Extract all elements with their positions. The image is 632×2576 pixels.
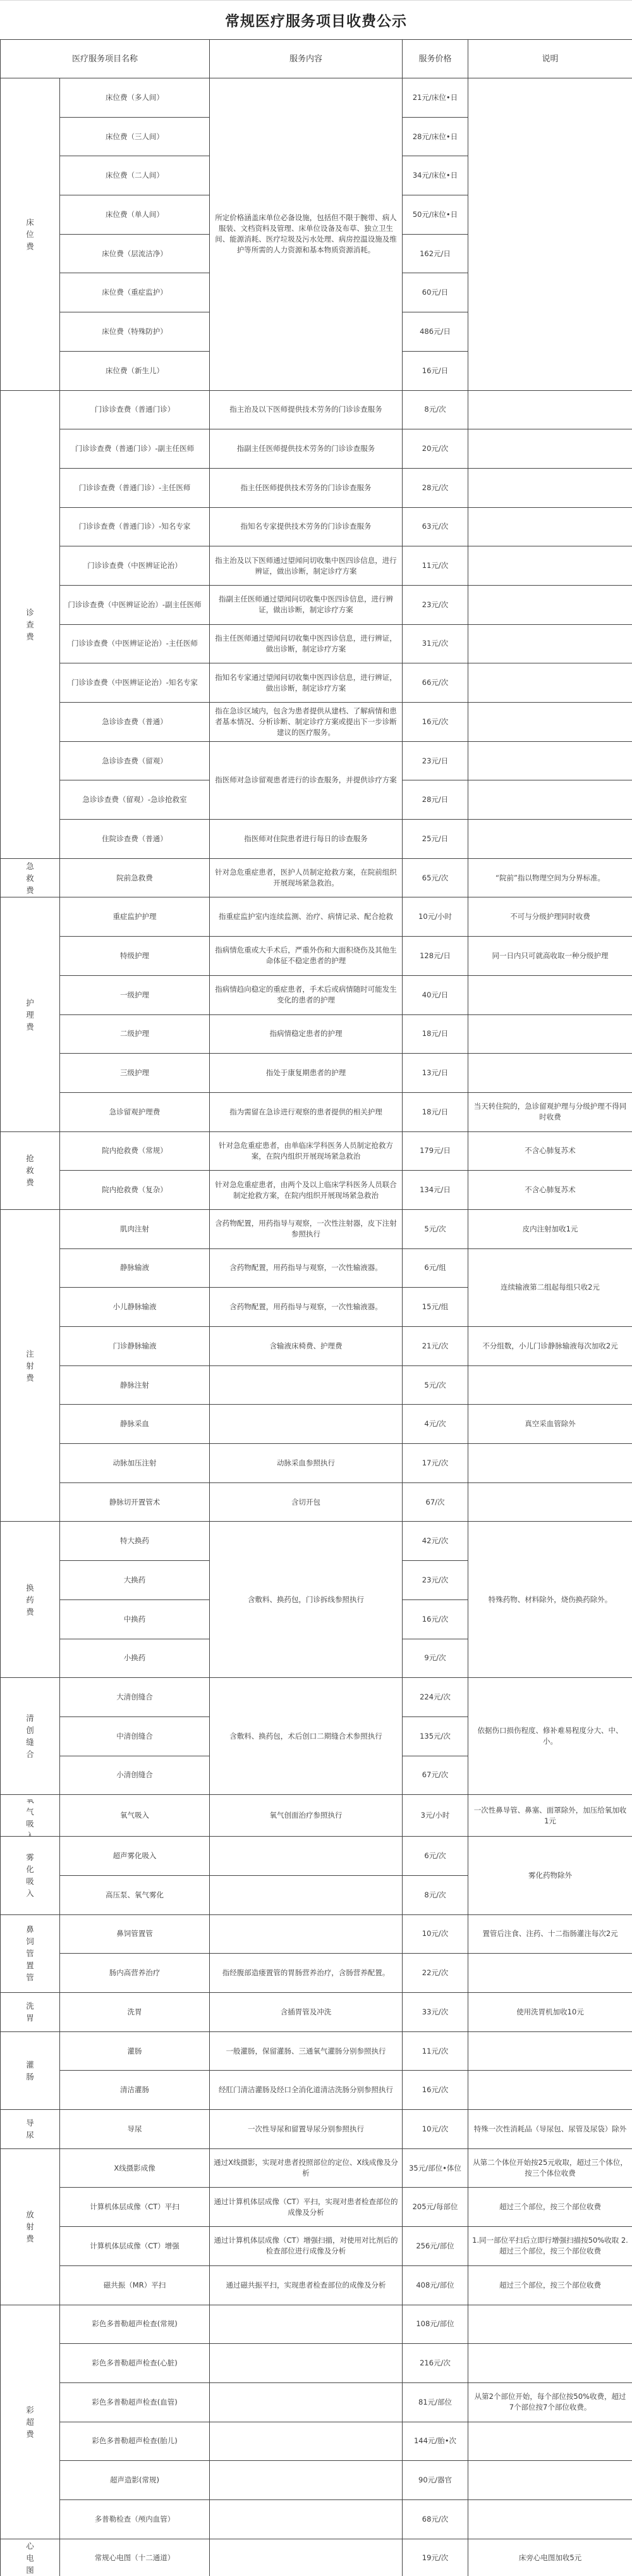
- category-cell: 床位费: [1, 78, 60, 391]
- fee-notice-page: 常规医疗服务项目收费公示 医疗服务项目名称 服务内容 服务价格 说明 床位费 床…: [0, 0, 632, 2576]
- item-content: 指重症监护室内连续监测、治疗、病情记录、配合抢救: [210, 897, 403, 937]
- table-row: 门诊诊查费（普通门诊）-主任医师指主任医师提供技术劳务的门诊诊查服务28元/次: [1, 468, 632, 507]
- category-label: 放射费: [26, 2209, 35, 2245]
- table-row: 院内抢救费（复杂）针对急危重症患者，由两个及以上临床学科医务人员联合制定抢救方案…: [1, 1171, 632, 1210]
- table-row: 门诊诊查费（中医辨证论治）-副主任医师指副主任医师通过望闻问切收集中医四诊信息，…: [1, 585, 632, 624]
- item-name: 灌肠: [60, 2031, 210, 2071]
- item-content: 指知名专家提供技术劳务的门诊诊查服务: [210, 507, 403, 546]
- item-price: 216元/次: [403, 2344, 468, 2383]
- item-note: [468, 2305, 632, 2344]
- item-price: 31元/次: [403, 624, 468, 663]
- item-name: 一级护理: [60, 975, 210, 1014]
- table-row: 多普勒检查（颅内血管）68元/次: [1, 2499, 632, 2539]
- item-content: 一般灌肠，保留灌肠、三通氧气灌肠分别参照执行: [210, 2031, 403, 2071]
- item-name: 肠内高营养治疗: [60, 1954, 210, 1993]
- item-note: 1.同一部位平扫后立即行增强扫描按50%收取 2.超过三个部位，按三个部位收费: [468, 2227, 632, 2266]
- item-name: 肌肉注射: [60, 1209, 210, 1248]
- item-note: 真空采血管除外: [468, 1405, 632, 1444]
- item-content: 指为需留在急诊进行观察的患者提供的相关护理: [210, 1092, 403, 1131]
- item-price: 6元/组: [403, 1248, 468, 1288]
- title-bar: 常规医疗服务项目收费公示: [0, 0, 632, 39]
- item-content: [210, 2344, 403, 2383]
- category-label: 导尿: [26, 2117, 35, 2141]
- item-price: 50元/床位•日: [403, 195, 468, 235]
- item-name: 氧气吸入: [60, 1795, 210, 1837]
- item-price: 33元/次: [403, 1993, 468, 2032]
- fee-table: 医疗服务项目名称 服务内容 服务价格 说明 床位费 床位费（多人间） 所定价格涵…: [0, 39, 632, 2576]
- item-price: 486元/日: [403, 312, 468, 352]
- item-price: 34元/床位•日: [403, 156, 468, 195]
- item-content: 动脉采血参照执行: [210, 1444, 403, 1483]
- item-note: [468, 468, 632, 507]
- item-name: 洗胃: [60, 1993, 210, 2032]
- page-title: 常规医疗服务项目收费公示: [225, 9, 407, 30]
- item-content: 指在急诊区域内，包含为患者提供从建档、了解病情和患者基本情况、分析诊断、制定诊疗…: [210, 703, 403, 742]
- item-name: 超声雾化吸入: [60, 1837, 210, 1876]
- item-note: 床旁心电图加收5元: [468, 2539, 632, 2576]
- item-content: 指主治及以下医师通过望闻问切收集中医四诊信息，进行辨证，做出诊断，制定诊疗方案: [210, 546, 403, 586]
- item-price: 162元/日: [403, 234, 468, 273]
- item-name: 急诊诊查费（留观）: [60, 741, 210, 780]
- item-name: 急诊诊查费（普通）: [60, 703, 210, 742]
- item-content: 通过磁共振平扫，实现患者检查部位的成像及分析: [210, 2265, 403, 2305]
- table-row: 抢救费 院内抢救费（常规） 针对急危重症患者，由单临床学科医务人员制定抢救方案，…: [1, 1131, 632, 1171]
- item-name: 清洁灌肠: [60, 2071, 210, 2110]
- item-name: 彩色多普勒超声检查(心脏): [60, 2344, 210, 2383]
- item-price: 4元/次: [403, 1405, 468, 1444]
- item-price: 144元/胎•次: [403, 2422, 468, 2461]
- item-name: 特级护理: [60, 937, 210, 976]
- category-label: 灌肠: [26, 2059, 35, 2083]
- item-price: 8元/次: [403, 1875, 468, 1914]
- item-price: 5元/次: [403, 1209, 468, 1248]
- category-label: 氧气吸入: [26, 1799, 35, 1836]
- item-name: 床位费（重症监护）: [60, 273, 210, 312]
- item-name: 床位费（单人间）: [60, 195, 210, 235]
- item-content: 含敷料、换药包，术后创口二期缝合术参照执行: [210, 1678, 403, 1795]
- table-row: 门诊诊查费（中医辨证论治）指主治及以下医师通过望闻问切收集中医四诊信息，进行辨证…: [1, 546, 632, 586]
- item-content: [210, 2305, 403, 2344]
- item-note: 不含心肺复苏术: [468, 1131, 632, 1171]
- table-row: 静脉输液含药物配置，用药指导与观察，一次性输液器。6元/组连续输液第二组起每组只…: [1, 1248, 632, 1288]
- item-note: 特殊药物、材料除外，烧伤换药除外。: [468, 1522, 632, 1678]
- item-name: 二级护理: [60, 1014, 210, 1054]
- item-content: 含输液床椅费、护理费: [210, 1327, 403, 1366]
- table-row: 磁共振（MR）平扫通过磁共振平扫，实现患者检查部位的成像及分析408元/部位超过…: [1, 2265, 632, 2305]
- item-price: 11元/次: [403, 546, 468, 586]
- category-cell: 心电图: [1, 2539, 60, 2576]
- item-name: 小清创缝合: [60, 1756, 210, 1795]
- item-content: 经肛门清洁灌肠及经口全消化道清洁洗肠分别参照执行: [210, 2071, 403, 2110]
- item-price: 134元/日: [403, 1171, 468, 1210]
- item-content: [210, 2382, 403, 2422]
- table-row: 诊查费 门诊诊查费（普通门诊） 指主治及以下医师提供技术劳务的门诊诊查服务 8元…: [1, 390, 632, 429]
- category-label: 洗胃: [26, 2000, 35, 2024]
- item-content: 指知名专家通过望闻问切收集中医四诊信息，进行辨证，做出诊断，制定诊疗方案: [210, 663, 403, 703]
- category-cell: 彩超费: [1, 2305, 60, 2539]
- item-name: 床位费（多人间）: [60, 78, 210, 118]
- item-name: 门诊诊查费（中医辨证论治）-主任医师: [60, 624, 210, 663]
- item-name: 中换药: [60, 1599, 210, 1639]
- item-content: [210, 1365, 403, 1405]
- item-price: 19元/次: [403, 2539, 468, 2576]
- table-row: 护理费 重症监护护理 指重症监护室内连续监测、治疗、病情记录、配合抢救 10元/…: [1, 897, 632, 937]
- item-name: 院前急救费: [60, 858, 210, 897]
- item-name: 中清创缝合: [60, 1716, 210, 1756]
- item-price: 81元/部位: [403, 2382, 468, 2422]
- item-name: 磁共振（MR）平扫: [60, 2265, 210, 2305]
- category-cell: 雾化吸入: [1, 1837, 60, 1914]
- table-row: 彩超费 彩色多普勒超声检查(常规) 108元/部位: [1, 2305, 632, 2344]
- item-content: 通过X线摄影，实现对患者投照部位的定位、X线成像及分析: [210, 2148, 403, 2188]
- table-row: 急诊诊查费（普通）指在急诊区域内，包含为患者提供从建档、了解病情和患者基本情况、…: [1, 703, 632, 742]
- item-note: [468, 1014, 632, 1054]
- item-content: [210, 2461, 403, 2500]
- table-row: 计算机体层成像（CT）增强通过计算机体层成像（CT）增强扫描，对使用对比剂后的检…: [1, 2227, 632, 2266]
- item-name: 彩色多普勒超声检查(常规): [60, 2305, 210, 2344]
- table-row: 急诊诊查费（留观）指医师对急诊留观患者进行的诊查服务，并提供诊疗方案23元/日: [1, 741, 632, 780]
- item-name: 小换药: [60, 1639, 210, 1678]
- item-price: 28元/次: [403, 468, 468, 507]
- category-label: 换药费: [26, 1582, 35, 1618]
- item-price: 408元/部位: [403, 2265, 468, 2305]
- table-row: 心电图 常规心电图（十二通道） 19元/次 床旁心电图加收5元: [1, 2539, 632, 2576]
- item-content: 指主任医师提供技术劳务的门诊诊查服务: [210, 468, 403, 507]
- table-row: 导尿 导尿 一次性导尿和留置导尿分别参照执行 10元/次 特殊一次性消耗品（导尿…: [1, 2110, 632, 2149]
- table-row: 肠内高营养治疗指经腹部造瘘置管的胃肠营养治疗，含肠营养配置。22元/次: [1, 1954, 632, 1993]
- table-row: 一级护理指病情趋向稳定的重症患者，手术后或病情随时可能发生变化的患者的护理40元…: [1, 975, 632, 1014]
- table-row: 住院诊查费（普通）指医师对住院患者进行每日的诊查服务25元/日: [1, 820, 632, 859]
- item-note: 特殊一次性消耗品（导尿包、尿管及尿袋）除外: [468, 2110, 632, 2149]
- table-row: 急救费 院前急救费 针对急危重症患者，医护人员制定抢救方案，在院前组织开展现场紧…: [1, 858, 632, 897]
- item-content: 指病情危重或大手术后，严重外伤和大面积烧伤及其他生命体征不稳定患者的护理: [210, 937, 403, 976]
- item-content: 含切开包: [210, 1482, 403, 1522]
- category-label: 急救费: [26, 860, 35, 896]
- table-row: 雾化吸入 超声雾化吸入 6元/次 雾化药物除外: [1, 1837, 632, 1876]
- item-price: 6元/次: [403, 1837, 468, 1876]
- table-row: 彩色多普勒超声检查(心脏)216元/次: [1, 2344, 632, 2383]
- table-row: 动脉加压注射动脉采血参照执行17元/次: [1, 1444, 632, 1483]
- item-name: 重症监护护理: [60, 897, 210, 937]
- item-name: 急诊留观护理费: [60, 1092, 210, 1131]
- item-price: 10元/次: [403, 1914, 468, 1954]
- item-price: 9元/次: [403, 1639, 468, 1678]
- table-row: 彩色多普勒超声检查(血管)81元/部位从第2个部位开始，每个部位按50%收费，超…: [1, 2382, 632, 2422]
- item-price: 5元/次: [403, 1365, 468, 1405]
- category-cell: 洗胃: [1, 1993, 60, 2032]
- item-price: 21元/次: [403, 1327, 468, 1366]
- item-name: 急诊诊查费（留观）-急诊抢救室: [60, 780, 210, 820]
- item-name: 床位费（特殊防护）: [60, 312, 210, 352]
- item-price: 108元/部位: [403, 2305, 468, 2344]
- item-price: 224元/次: [403, 1678, 468, 1717]
- item-price: 21元/床位•日: [403, 78, 468, 118]
- table-row: 彩色多普勒超声检查(胎儿)144元/胎•次: [1, 2422, 632, 2461]
- item-note: 从第2个部位开始，每个部位按50%收费，超过7个部位按7个部位收费。: [468, 2382, 632, 2422]
- item-price: 8元/次: [403, 390, 468, 429]
- item-name: 大换药: [60, 1561, 210, 1600]
- item-note: 当天转住院的，急诊留观护理与分级护理不得同时收费: [468, 1092, 632, 1131]
- table-row: 鼻饲管置管 鼻饲管置管 10元/次 置管后注食、注药、十二指肠灌注每次2元: [1, 1914, 632, 1954]
- category-cell: 放射费: [1, 2148, 60, 2305]
- item-content: 指处于康复期患者的护理: [210, 1054, 403, 1093]
- table-header-row: 医疗服务项目名称 服务内容 服务价格 说明: [1, 40, 632, 78]
- item-note: 雾化药物除外: [468, 1837, 632, 1914]
- item-note: 使用洗胃机加收10元: [468, 1993, 632, 2032]
- item-price: 23元/日: [403, 741, 468, 780]
- item-note: 一次性鼻导管、鼻塞、面罩除外，加压给氧加收1元: [468, 1795, 632, 1837]
- item-note: [468, 78, 632, 391]
- item-price: 16元/次: [403, 703, 468, 742]
- item-price: 42元/次: [403, 1522, 468, 1561]
- item-content: [210, 1405, 403, 1444]
- item-content: [210, 2422, 403, 2461]
- table-row: 换药费 特大换药 含敷料、换药包，门诊拆线参照执行 42元/次 特殊药物、材料除…: [1, 1522, 632, 1561]
- item-content: 针对急危重症患者，医护人员制定抢救方案，在院前组织开展现场紧急救治。: [210, 858, 403, 897]
- item-price: 67/次: [403, 1482, 468, 1522]
- table-row: 灌肠 灌肠 一般灌肠，保留灌肠、三通氧气灌肠分别参照执行 11元/次: [1, 2031, 632, 2071]
- item-name: 门诊诊查费（普通门诊）-知名专家: [60, 507, 210, 546]
- item-name: X线摄影成像: [60, 2148, 210, 2188]
- category-label: 护理费: [26, 997, 35, 1033]
- item-note: 同一日内只可就高收取一种分级护理: [468, 937, 632, 976]
- item-price: 18元/日: [403, 1092, 468, 1131]
- column-header-price: 服务价格: [403, 40, 468, 78]
- item-note: [468, 2499, 632, 2539]
- table-row: 门诊诊查费（普通门诊）-副主任医师指副主任医师提供技术劳务的门诊诊查服务20元/…: [1, 429, 632, 469]
- item-name: 静脉输液: [60, 1248, 210, 1288]
- item-note: [468, 820, 632, 859]
- item-note: [468, 507, 632, 546]
- column-header-content: 服务内容: [210, 40, 403, 78]
- item-name: 计算机体层成像（CT）平扫: [60, 2188, 210, 2227]
- item-note: 不可与分级护理同时收费: [468, 897, 632, 937]
- item-name: 计算机体层成像（CT）增强: [60, 2227, 210, 2266]
- item-note: [468, 585, 632, 624]
- category-cell: 急救费: [1, 858, 60, 897]
- item-name: 院内抢救费（复杂）: [60, 1171, 210, 1210]
- item-name: 静脉切开置管术: [60, 1482, 210, 1522]
- table-row: 计算机体层成像（CT）平扫通过计算机体层成像（CT）平扫，实现对患者检查部位的成…: [1, 2188, 632, 2227]
- item-content: 指经腹部造瘘置管的胃肠营养治疗，含肠营养配置。: [210, 1954, 403, 1993]
- item-price: 40元/日: [403, 975, 468, 1014]
- table-row: 门诊诊查费（中医辨证论治）-主任医师指主任医师通过望闻问切收集中医四诊信息，进行…: [1, 624, 632, 663]
- item-name: 门诊诊查费（中医辨证论治）: [60, 546, 210, 586]
- item-name: 小儿静脉输液: [60, 1288, 210, 1327]
- item-content: 通过计算机体层成像（CT）平扫，实现对患者检查部位的成像及分析: [210, 2188, 403, 2227]
- item-note: [468, 663, 632, 703]
- table-row: 门诊诊查费（中医辨证论治）-知名专家指知名专家通过望闻问切收集中医四诊信息，进行…: [1, 663, 632, 703]
- table-row: 放射费 X线摄影成像 通过X线摄影，实现对患者投照部位的定位、X线成像及分析 3…: [1, 2148, 632, 2188]
- item-price: 28元/床位•日: [403, 117, 468, 156]
- item-name: 彩色多普勒超声检查(胎儿): [60, 2422, 210, 2461]
- category-cell: 抢救费: [1, 1131, 60, 1209]
- item-content: [210, 1914, 403, 1954]
- item-price: 256元/部位: [403, 2227, 468, 2266]
- item-note: [468, 2422, 632, 2461]
- category-label: 鼻饲管置管: [26, 1923, 35, 1983]
- table-row: 三级护理指处于康复期患者的护理13元/日: [1, 1054, 632, 1093]
- item-note: [468, 1954, 632, 1993]
- item-content: 针对急危重症患者，由单临床学科医务人员制定抢救方案，在院内组织开展现场紧急救治: [210, 1131, 403, 1171]
- item-name: 床位费（层流洁净）: [60, 234, 210, 273]
- item-note: 置管后注食、注药、十二指肠灌注每次2元: [468, 1914, 632, 1954]
- table-row: 清创缝合 大清创缝合 含敷料、换药包，术后创口二期缝合术参照执行 224元/次 …: [1, 1678, 632, 1717]
- item-note: [468, 741, 632, 780]
- item-note: [468, 1482, 632, 1522]
- item-price: 35元/部位•体位: [403, 2148, 468, 2188]
- category-cell: 清创缝合: [1, 1678, 60, 1795]
- item-price: 128元/日: [403, 937, 468, 976]
- item-content: 氧气创面治疗参照执行: [210, 1795, 403, 1837]
- item-name: 门诊静脉输液: [60, 1327, 210, 1366]
- item-price: 15元/组: [403, 1288, 468, 1327]
- item-price: 3元/小时: [403, 1795, 468, 1837]
- item-note: [468, 975, 632, 1014]
- item-name: 静脉注射: [60, 1365, 210, 1405]
- table-row: 洗胃 洗胃 含插胃管及冲洗 33元/次 使用洗胃机加收10元: [1, 1993, 632, 2032]
- item-content: 通过计算机体层成像（CT）增强扫描，对使用对比剂后的检查部位进行成像及分析: [210, 2227, 403, 2266]
- table-row: 超声造影(常规)90元/器官: [1, 2461, 632, 2500]
- item-name: 动脉加压注射: [60, 1444, 210, 1483]
- item-price: 11元/次: [403, 2031, 468, 2071]
- item-note: [468, 546, 632, 586]
- item-name: 多普勒检查（颅内血管）: [60, 2499, 210, 2539]
- item-price: 66元/次: [403, 663, 468, 703]
- item-name: 高压泵、氧气雾化: [60, 1875, 210, 1914]
- item-note: 超过三个部位，按三个部位收费: [468, 2188, 632, 2227]
- item-content: 指病情稳定患者的护理: [210, 1014, 403, 1054]
- category-cell: 换药费: [1, 1522, 60, 1678]
- item-name: 超声造影(常规): [60, 2461, 210, 2500]
- item-name: 鼻饲管置管: [60, 1914, 210, 1954]
- item-content: [210, 2499, 403, 2539]
- item-note: [468, 2031, 632, 2071]
- category-label: 抢救费: [26, 1152, 35, 1188]
- item-price: 20元/次: [403, 429, 468, 469]
- item-note: [468, 2071, 632, 2110]
- item-price: 22元/次: [403, 1954, 468, 1993]
- item-note: 超过三个部位，按三个部位收费: [468, 2265, 632, 2305]
- item-name: 门诊诊查费（普通门诊）-主任医师: [60, 468, 210, 507]
- item-price: 25元/日: [403, 820, 468, 859]
- item-price: 205元/每部位: [403, 2188, 468, 2227]
- item-price: 10元/小时: [403, 897, 468, 937]
- item-note: [468, 2461, 632, 2500]
- item-note: [468, 1365, 632, 1405]
- table-row: 二级护理指病情稳定患者的护理18元/日: [1, 1014, 632, 1054]
- item-content: 针对急危重症患者，由两个及以上临床学科医务人员联合制定抢救方案，在院内组织开展现…: [210, 1171, 403, 1210]
- item-price: 179元/日: [403, 1131, 468, 1171]
- item-name: 三级护理: [60, 1054, 210, 1093]
- item-note: [468, 1054, 632, 1093]
- item-price: 16元/次: [403, 1599, 468, 1639]
- item-price: 18元/日: [403, 1014, 468, 1054]
- item-price: 10元/次: [403, 2110, 468, 2149]
- item-content: 含药物配置，用药指导与观察，一次性输液器。: [210, 1248, 403, 1288]
- item-content: [210, 2539, 403, 2576]
- item-content: 指病情趋向稳定的重症患者，手术后或病情随时可能发生变化的患者的护理: [210, 975, 403, 1014]
- category-label: 床位费: [26, 216, 35, 252]
- category-cell: 诊查费: [1, 390, 60, 858]
- item-name: 大清创缝合: [60, 1678, 210, 1717]
- item-content: 指主任医师通过望闻问切收集中医四诊信息，进行辨证，做出诊断，制定诊疗方案: [210, 624, 403, 663]
- table-row: 门诊诊查费（普通门诊）-知名专家指知名专家提供技术劳务的门诊诊查服务63元/次: [1, 507, 632, 546]
- table-row: 静脉注射5元/次: [1, 1365, 632, 1405]
- item-note: [468, 624, 632, 663]
- item-content: 含药物配置，用药指导与观察，一次性注射器，皮下注射参照执行: [210, 1209, 403, 1248]
- item-price: 17元/次: [403, 1444, 468, 1483]
- item-note: [468, 1444, 632, 1483]
- item-note: “院前”指以物理空间为分界标准。: [468, 858, 632, 897]
- item-price: 60元/日: [403, 273, 468, 312]
- category-cell: 鼻饲管置管: [1, 1914, 60, 1992]
- item-name: 门诊诊查费（普通门诊）: [60, 390, 210, 429]
- table-row: 急诊留观护理费指为需留在急诊进行观察的患者提供的相关护理18元/日当天转住院的，…: [1, 1092, 632, 1131]
- item-name: 床位费（三人间）: [60, 117, 210, 156]
- item-content: 含敷料、换药包，门诊拆线参照执行: [210, 1522, 403, 1678]
- item-price: 13元/日: [403, 1054, 468, 1093]
- category-label: 清创缝合: [26, 1712, 35, 1760]
- item-note: [468, 780, 632, 820]
- item-price: 28元/日: [403, 780, 468, 820]
- item-price: 23元/次: [403, 585, 468, 624]
- category-cell: 注射费: [1, 1209, 60, 1522]
- item-price: 16元/次: [403, 2071, 468, 2110]
- item-content: 一次性导尿和留置导尿分别参照执行: [210, 2110, 403, 2149]
- item-name: 床位费（新生儿）: [60, 351, 210, 390]
- table-row: 特级护理指病情危重或大手术后，严重外伤和大面积烧伤及其他生命体征不稳定患者的护理…: [1, 937, 632, 976]
- item-note: [468, 703, 632, 742]
- item-price: 23元/次: [403, 1561, 468, 1600]
- item-note: 连续输液第二组起每组只收2元: [468, 1248, 632, 1326]
- item-name: 门诊诊查费（普通门诊）-副主任医师: [60, 429, 210, 469]
- category-label: 心电图: [26, 2540, 35, 2576]
- item-note: 从第二个体位开始按25元收取，超过三个体位，按三个体位收费: [468, 2148, 632, 2188]
- item-price: 65元/次: [403, 858, 468, 897]
- table-row: 床位费 床位费（多人间） 所定价格涵盖床单位必备设施，包括但不限于腕带、病人服装…: [1, 78, 632, 118]
- table-row: 注射费 肌肉注射 含药物配置，用药指导与观察，一次性注射器，皮下注射参照执行 5…: [1, 1209, 632, 1248]
- item-note: [468, 429, 632, 469]
- item-price: 16元/日: [403, 351, 468, 390]
- item-name: 常规心电图（十二通道）: [60, 2539, 210, 2576]
- item-note: [468, 2344, 632, 2383]
- item-content: 指副主任医师提供技术劳务的门诊诊查服务: [210, 429, 403, 469]
- item-content: 指医师对住院患者进行每日的诊查服务: [210, 820, 403, 859]
- category-label: 雾化吸入: [26, 1851, 35, 1899]
- table-row: 氧气吸入 氧气吸入 氧气创面治疗参照执行 3元/小时 一次性鼻导管、鼻塞、面罩除…: [1, 1795, 632, 1837]
- item-content: 所定价格涵盖床单位必备设施，包括但不限于腕带、病人服装、文档资料及管理、床单位设…: [210, 78, 403, 391]
- item-name: 静脉采血: [60, 1405, 210, 1444]
- item-name: 院内抢救费（常规）: [60, 1131, 210, 1171]
- item-content: 指主治及以下医师提供技术劳务的门诊诊查服务: [210, 390, 403, 429]
- category-cell: 护理费: [1, 897, 60, 1131]
- item-name: 床位费（二人间）: [60, 156, 210, 195]
- item-name: 导尿: [60, 2110, 210, 2149]
- item-name: 住院诊查费（普通）: [60, 820, 210, 859]
- column-header-note: 说明: [468, 40, 632, 78]
- category-label: 诊查费: [26, 607, 35, 643]
- item-note: 依据伤口损伤程度、修补难易程度分大、中、小。: [468, 1678, 632, 1795]
- category-cell: 导尿: [1, 2110, 60, 2149]
- table-row: 清洁灌肠经肛门清洁灌肠及经口全消化道清洁洗肠分别参照执行16元/次: [1, 2071, 632, 2110]
- item-name: 特大换药: [60, 1522, 210, 1561]
- table-row: 门诊静脉输液含输液床椅费、护理费21元/次不分组数，小儿门诊静脉输液每次加收2元: [1, 1327, 632, 1366]
- item-price: 67元/次: [403, 1756, 468, 1795]
- item-content: 含药物配置，用药指导与观察，一次性输液器。: [210, 1288, 403, 1327]
- category-cell: 灌肠: [1, 2031, 60, 2109]
- item-name: 彩色多普勒超声检查(血管): [60, 2382, 210, 2422]
